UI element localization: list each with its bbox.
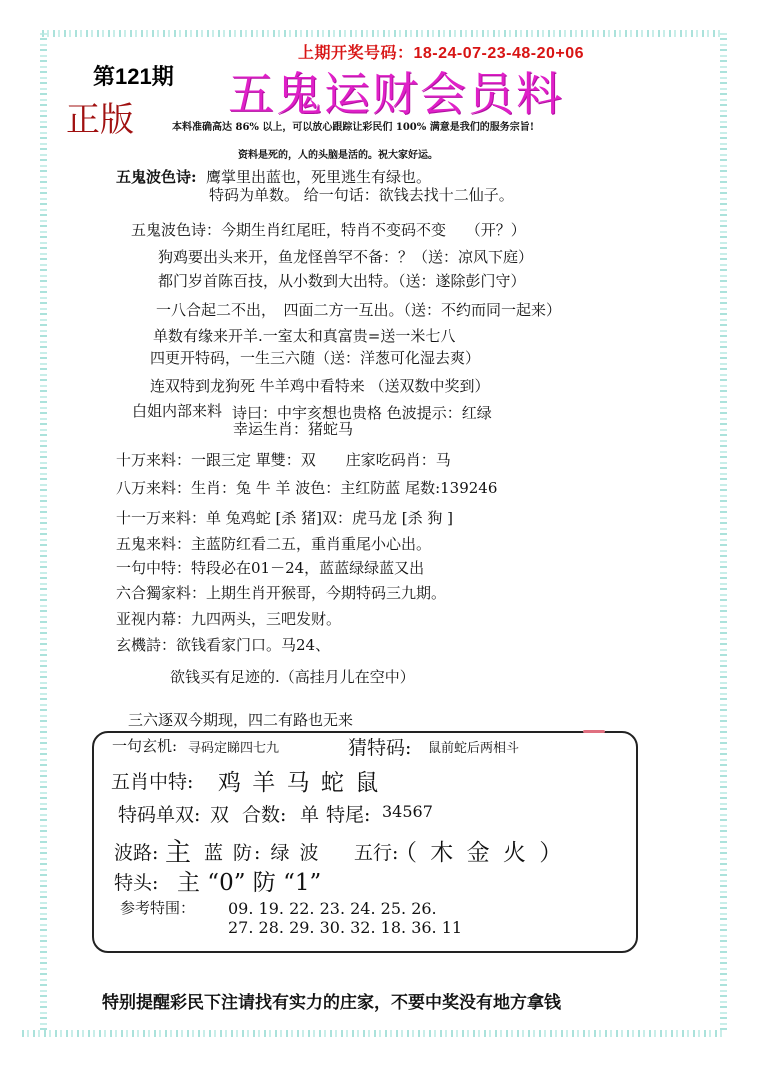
ref-line1: 09. 19. 22. 23. 24. 25. 26. bbox=[228, 899, 437, 918]
odd-even-value: 双 bbox=[210, 800, 229, 827]
source-line: 玄機詩：欲钱看家门口。马24、 bbox=[116, 634, 330, 655]
slogan-accuracy: 本料准确高达 86% 以上，可以放心跟踪让彩民们 100% 满意是我们的服务宗旨… bbox=[172, 118, 534, 133]
tail-value: 34567 bbox=[382, 802, 433, 821]
element-value: （ 木 金 火 ） bbox=[394, 834, 565, 867]
five-zodiac-label: 五肖中特: bbox=[111, 767, 193, 794]
decorative-border-left bbox=[40, 30, 47, 1030]
wave-poem-1-line2: 特码为单数。 给一句话：欲钱去找十二仙子。 bbox=[209, 184, 514, 205]
guess-label: 猜特码: bbox=[348, 733, 411, 760]
baijie-line2: 幸运生肖：猪蛇马 bbox=[233, 418, 353, 439]
source-line: 五鬼来料：主蓝防红看二五，重肖重尾小心出。 bbox=[116, 533, 431, 554]
poem-dog-rooster: 狗鸡要出头来开，鱼龙怪兽罕不备：？（送：凉风下庭） bbox=[158, 246, 533, 267]
poem-yiba: 一八合起二不出， 四面二方一互出。（送：不约而同一起来） bbox=[156, 299, 561, 320]
poem-lianshuang: 连双特到龙狗死 牛羊鸡中看特来 （送双数中奖到） bbox=[150, 375, 490, 396]
tail-label: 特尾: bbox=[326, 800, 370, 827]
slogan-luck: 资料是死的，人的头脑是活的。祝大家好运。 bbox=[238, 146, 438, 161]
decorative-border-bottom bbox=[22, 1030, 722, 1037]
wave-label: 波路: bbox=[114, 838, 158, 865]
head-label: 特头: bbox=[114, 868, 158, 895]
odd-even-label: 特码单双: bbox=[118, 800, 200, 827]
source-line: 十万来料：一跟三定 單雙：双 庄家吃码肖：马 bbox=[116, 449, 451, 470]
footer-warning: 特别提醒彩民下注请找有实力的庄家，不要中奖没有地方拿钱 bbox=[102, 988, 561, 1013]
decorative-border-right bbox=[720, 30, 727, 1030]
source-line: 亚视内幕：九四两头，三吧发财。 bbox=[116, 608, 341, 629]
issue-number: 第121期 bbox=[93, 60, 174, 91]
xuanji-value: 寻码定睇四七九 bbox=[188, 737, 279, 756]
pre-box-line: 三六逐双今期现，四二有路也无来 bbox=[128, 709, 353, 730]
sum-value: 单 bbox=[300, 800, 319, 827]
source-line: 六合獨家料：上期生肖开猴哥，今期特码三九期。 bbox=[116, 582, 446, 603]
decorative-mark bbox=[583, 730, 605, 733]
head-value: 主 “0” 防 “1” bbox=[177, 864, 321, 897]
ref-label: 参考特围： bbox=[120, 897, 195, 918]
source-line: 一句中特：特段必在01－24，蓝蓝绿绿蓝又出 bbox=[116, 557, 424, 578]
decorative-border-top bbox=[42, 30, 724, 37]
poem-danshu: 单数有缘来开羊.一室太和真富贵=送一米七八 bbox=[153, 325, 455, 346]
poem-dumen: 都门岁首陈百技，从小数到大出特。（送：遂除彭门守） bbox=[158, 270, 526, 291]
edition-label: 正版 bbox=[66, 92, 134, 141]
sum-label: 合数: bbox=[242, 800, 286, 827]
page-title: 五鬼运财会员料 bbox=[228, 58, 564, 124]
source-line: 八万来料：生肖：兔 牛 羊 波色：主红防蓝 尾数:139246 bbox=[116, 477, 497, 498]
wave-value: 蓝 防: 绿 波 bbox=[204, 838, 321, 865]
element-label: 五行: bbox=[354, 838, 398, 865]
source-line: 十一万来料：单 兔鸡蛇 [杀 猪]双：虎马龙 [杀 狗 ] bbox=[116, 507, 453, 528]
poem-sigeng: 四更开特码，一生三六随（送：洋葱可化湿去爽） bbox=[150, 347, 480, 368]
guess-value: 鼠前蛇后两相斗 bbox=[428, 737, 519, 756]
five-zodiac-value: 鸡 羊 马 蛇 鼠 bbox=[218, 764, 380, 797]
baijie-label: 白姐内部来料 bbox=[132, 400, 222, 421]
wave-poem-1-label: 五鬼波色诗: bbox=[116, 166, 197, 187]
xuanji-label: 一句玄机: bbox=[112, 735, 177, 756]
ref-line2: 27. 28. 29. 30. 32. 18. 36. 11 bbox=[228, 918, 462, 937]
wave-poem-2: 五鬼波色诗：今期生肖红尾旺，特肖不变码不变 （开？） bbox=[131, 219, 526, 240]
riddle-line: 欲钱买有足迹的.（高挂月儿在空中） bbox=[170, 666, 415, 687]
